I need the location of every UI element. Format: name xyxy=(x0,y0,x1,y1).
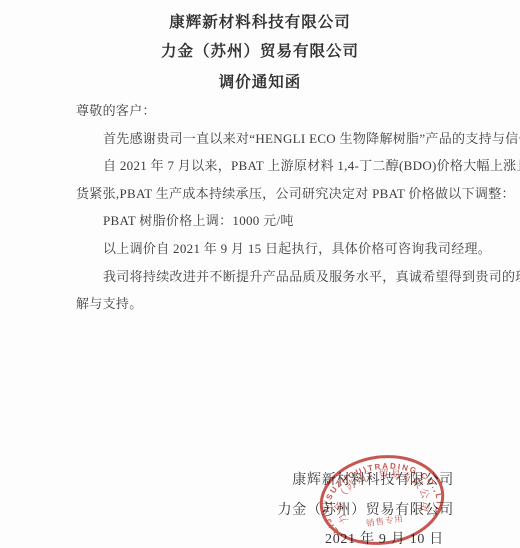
header-company-1: 康辉新材料科技有限公司 xyxy=(0,10,520,32)
header-company-2: 力金（苏州）贸易有限公司 xyxy=(0,39,520,61)
body-line: 自 2021 年 7 月以来，PBAT 上游原材料 1,4-丁二醇(BDO)价格… xyxy=(76,152,520,180)
price-notice-letter: 康辉新材料科技有限公司 力金（苏州）贸易有限公司 调价通知函 尊敬的客户： 首先… xyxy=(0,0,520,548)
letter-body: 尊敬的客户： 首先感谢贵司一直以来对“HENGLI ECO 生物降解树脂”产品的… xyxy=(76,97,520,318)
signature-company-1: 康辉新材料科技有限公司 xyxy=(278,466,454,496)
body-line: 首先感谢贵司一直以来对“HENGLI ECO 生物降解树脂”产品的支持与信任。 xyxy=(76,125,520,153)
body-line: 解与支持。 xyxy=(76,290,520,318)
body-line: 货紧张,PBAT 生产成本持续承压，公司研究决定对 PBAT 价格做以下调整： xyxy=(76,180,520,208)
signature-date: 2021 年 9 月 10 日 xyxy=(278,525,454,548)
body-line-salutation: 尊敬的客户： xyxy=(76,97,520,125)
body-line: 我司将持续改进并不断提升产品品质及服务水平，真诚希望得到贵司的理 xyxy=(76,263,520,291)
body-line-effective-date: 以上调价自 2021 年 9 月 15 日起执行，具体价格可咨询我司经理。 xyxy=(76,235,520,263)
signature-company-2: 力金（苏州）贸易有限公司 xyxy=(278,496,454,526)
body-line-price: PBAT 树脂价格上调：1000 元/吨 xyxy=(76,207,520,235)
letter-title: 调价通知函 xyxy=(0,70,520,92)
signature-block: 康辉新材料科技有限公司 力金（苏州）贸易有限公司 2021 年 9 月 10 日 xyxy=(278,466,454,548)
